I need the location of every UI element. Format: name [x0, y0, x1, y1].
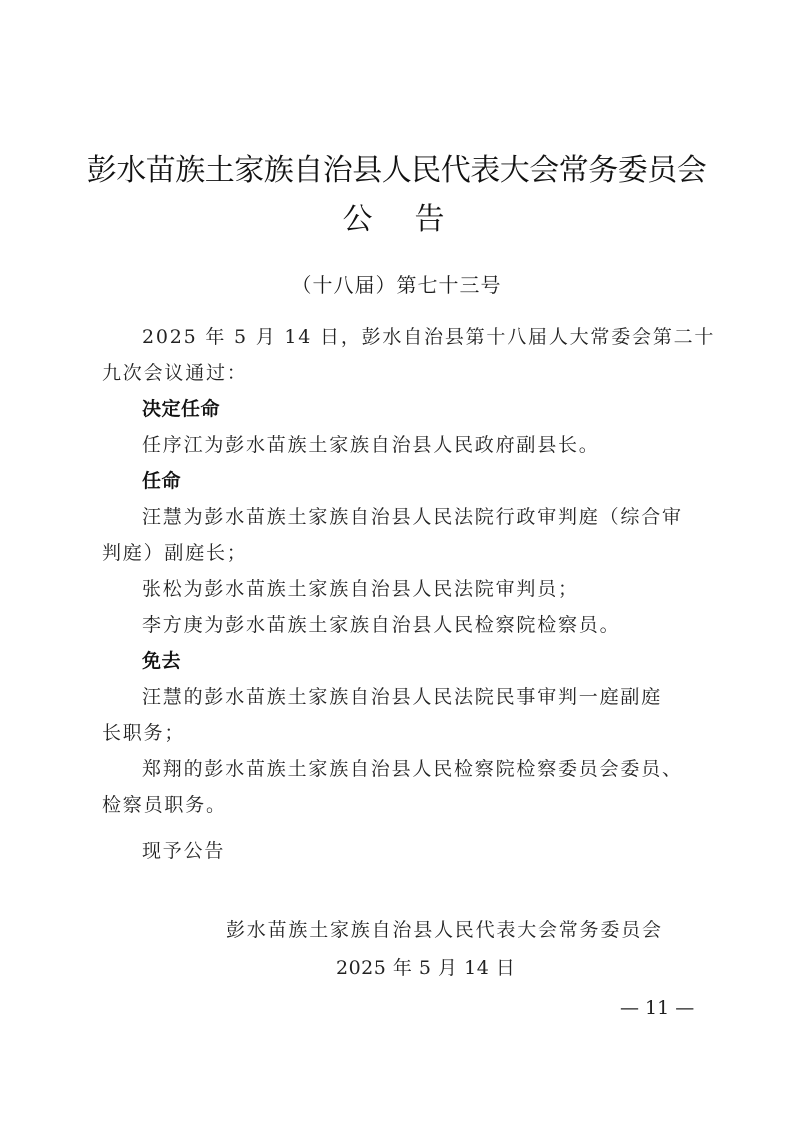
page-number: — 11 — — [620, 990, 694, 1026]
signature-date: 2025 年 5 月 14 日 — [336, 950, 515, 986]
signature-organization: 彭水苗族土家族自治县人民代表大会常务委员会 — [226, 912, 663, 948]
closing-text: 现予公告 — [142, 833, 225, 869]
list-item: 汪慧的彭水苗族土家族自治县人民法院民事审判一庭副庭 — [142, 679, 662, 715]
intro-text-line-1: 2025 年 5 月 14 日，彭水自治县第十八届人大常委会第二十 — [142, 319, 715, 355]
list-item: 汪慧为彭水苗族土家族自治县人民法院行政审判庭（综合审 — [142, 499, 683, 535]
intro-text-line-2: 九次会议通过： — [102, 355, 248, 391]
list-item: 任序江为彭水苗族土家族自治县人民政府副县长。 — [142, 427, 600, 463]
list-item-continuation: 长职务； — [102, 715, 185, 751]
document-subtitle: 公 告 — [0, 202, 793, 238]
list-item-continuation: 检察员职务。 — [102, 787, 227, 823]
section-heading-dismiss: 免去 — [142, 643, 181, 679]
list-item: 李方庚为彭水苗族土家族自治县人民检察院检察员。 — [142, 607, 620, 643]
document-title: 彭水苗族土家族自治县人民代表大会常务委员会 — [0, 153, 793, 189]
list-item: 张松为彭水苗族土家族自治县人民法院审判员； — [142, 571, 579, 607]
list-item: 郑翔的彭水苗族土家族自治县人民检察院检察委员会委员、 — [142, 751, 683, 787]
section-heading-decide-appoint: 决定任命 — [142, 391, 220, 427]
list-item-continuation: 判庭）副庭长； — [102, 535, 248, 571]
document-number: （十八届）第七十三号 — [0, 270, 793, 300]
section-heading-appoint: 任命 — [142, 463, 181, 499]
